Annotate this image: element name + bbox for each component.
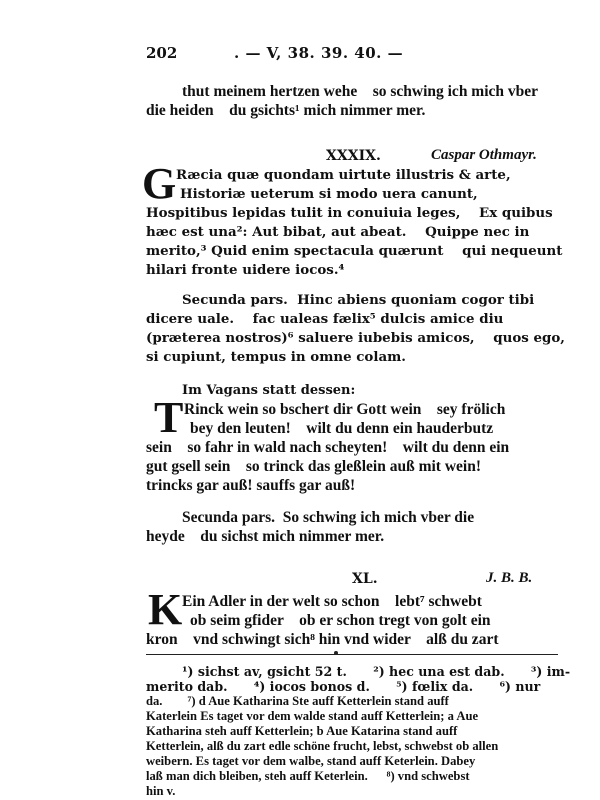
page-header: 202 . — V, 38. 39. 40. — <box>146 44 558 66</box>
vagans-label: Im Vagans statt dessen: <box>182 381 355 400</box>
footnote-line: Katerlein Es taget vor dem walde stand a… <box>146 709 478 724</box>
section-attribution: J. B. B. <box>486 570 532 587</box>
section-number: XL. <box>352 571 378 587</box>
continuation-line: die heiden du gsichts¹ mich nimmer mer. <box>146 101 425 120</box>
verse-line: merito,³ Quid enim spectacula quærunt qu… <box>146 242 562 261</box>
verse-line: Hospitibus lepidas tulit in conuiuia leg… <box>146 204 553 223</box>
verse-line: sein so fahr in wald nach scheyten! wilt… <box>146 438 509 457</box>
verse-line: kron vnd schwingt sich⁸ hin vnd wider al… <box>146 630 498 649</box>
verse-line: Secunda pars. So schwing ich mich vber d… <box>146 508 474 527</box>
continuation-line: thut meinem hertzen wehe so schwing ich … <box>146 82 538 101</box>
footnote-line: Ketterlein, alß du zart edle schöne fruc… <box>146 739 498 754</box>
verse-line: bey den leuten! wilt du denn ein hauderb… <box>190 419 493 438</box>
footnote-line: weibern. Es taget vor dem walbe, stand a… <box>146 754 475 769</box>
verse-line: hilari fronte uidere iocos.⁴ <box>146 261 344 280</box>
verse-line: Ein Adler in der welt so schon lebt⁷ sch… <box>182 592 482 611</box>
section-attribution: Caspar Othmayr. <box>431 147 537 164</box>
verse-line: ob seim gfider ob er schon tregt von gol… <box>190 611 491 630</box>
verse-line: Ræcia quæ quondam uirtute illustris & ar… <box>176 166 511 185</box>
verse-line: gut gsell sein so trinck das gleßlein au… <box>146 457 481 476</box>
verse-line: Historiæ ueterum si modo uera canunt, <box>180 185 478 204</box>
footnote-rule <box>146 654 558 655</box>
section-number: XXXIX. <box>326 148 381 164</box>
drop-cap: K <box>148 590 182 630</box>
verse-line: Secunda pars. Hinc abiens quoniam cogor … <box>146 291 534 310</box>
verse-line: dicere uale. fac ualeas fælix⁵ dulcis am… <box>146 310 503 329</box>
running-head: . — V, 38. 39. 40. — <box>234 44 403 62</box>
verse-line: hæc est una²: Aut bibat, aut abeat. Quip… <box>146 223 529 242</box>
footnote-line: hin v. <box>146 784 175 799</box>
page-number: 202 <box>146 44 177 62</box>
footnote-line: ¹) sichst av, gsicht 52 t. ²) hec una es… <box>146 664 570 679</box>
verse-line: (præterea nostros)⁶ saluere iubebis amic… <box>146 329 565 348</box>
verse-line: Rinck wein so bschert dir Gott wein sey … <box>184 400 505 419</box>
verse-line: heyde du sichst mich nimmer mer. <box>146 527 384 546</box>
drop-cap: T <box>154 398 183 438</box>
verse-line: si cupiunt, tempus in omne colam. <box>146 348 406 367</box>
footnote-rule-dot <box>334 651 338 655</box>
footnote-line: Katharina steh auff Ketterlein; b Aue Ka… <box>146 724 457 739</box>
footnote-line: merito dab. ⁴) iocos bonos d. ⁵) fœlix d… <box>146 679 540 694</box>
drop-cap: G <box>142 164 176 204</box>
verse-line: trincks gar auß! sauffs gar auß! <box>146 476 355 495</box>
footnote-line: da. ⁷) d Aue Katharina Ste auff Ketterle… <box>146 694 449 709</box>
footnote-line: laß man dich bleiben, steh auff Keterlei… <box>146 769 470 784</box>
